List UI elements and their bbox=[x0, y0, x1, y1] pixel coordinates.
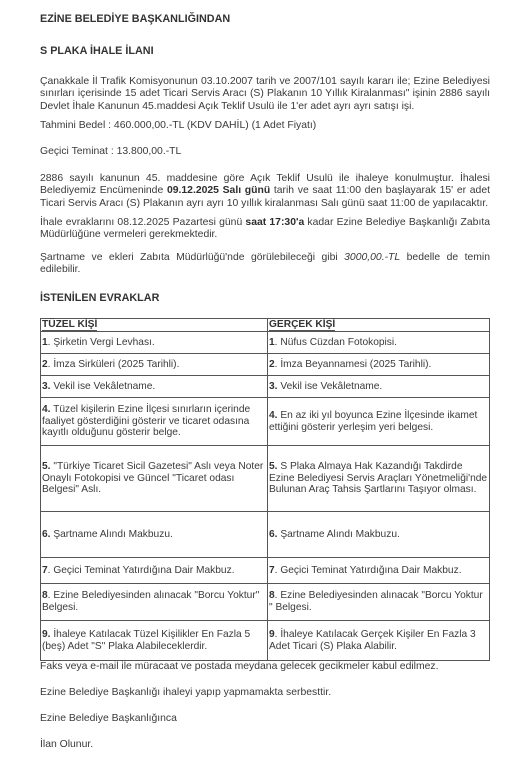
fax-note: Faks veya e-mail ile müracaat ve postada… bbox=[40, 661, 490, 673]
legal-entity-requirement: 3. Vekil ise Vekâletname. bbox=[41, 376, 268, 398]
estimated-cost: Tahmini Bedel : 460.000,00.-TL (KDV DAHİ… bbox=[40, 120, 490, 132]
item-text: . Geçici Teminat Yatırdığına Dair Makbuz… bbox=[48, 565, 235, 576]
item-text: Tüzel kişilerin Ezine İlçesi sınırların … bbox=[42, 404, 250, 438]
legal-entity-requirement: 6. Şartname Alındı Makbuzu. bbox=[41, 512, 268, 558]
signature: Ezine Belediye Başkanlığınca bbox=[40, 713, 490, 725]
item-text: . İmza Beyannamesi (2025 Tarihli). bbox=[275, 359, 432, 370]
documents-text-1: İhale evraklarını 08.12.2025 Pazartesi g… bbox=[40, 217, 245, 228]
item-text: . Şirketin Vergi Levhası. bbox=[48, 337, 155, 348]
natural-person-requirement: 9. İhaleye Katılacak Gerçek Kişiler En F… bbox=[268, 621, 490, 661]
table-header-row: TÜZEL KİŞİ GERÇEK KİŞİ bbox=[41, 319, 490, 332]
header-natural-person: GERÇEK KİŞİ bbox=[268, 319, 490, 332]
documents-deadline: saat 17:30'a bbox=[245, 217, 304, 228]
item-text: . Geçici Teminat Yatırdığına Dair Makbuz… bbox=[275, 565, 462, 576]
table-row: 3. Vekil ise Vekâletname.3. Vekil ise Ve… bbox=[41, 376, 490, 398]
right-reserved-note: Ezine Belediye Başkanlığı ihaleyi yapıp … bbox=[40, 687, 490, 699]
header-legal-entity-label: TÜZEL KİŞİ bbox=[42, 319, 97, 331]
table-row: 8. Ezine Belediyesinden alınacak "Borcu … bbox=[41, 584, 490, 621]
auction-date: 09.12.2025 Salı günü bbox=[167, 185, 270, 196]
item-text: . Nüfus Cüzdan Fotokopisi. bbox=[275, 337, 397, 348]
item-text: "Türkiye Ticaret Sicil Gazetesi" Aslı ve… bbox=[42, 461, 263, 495]
temporary-guarantee: Geçici Teminat : 13.800,00.-TL bbox=[40, 146, 490, 158]
item-text: Şartname Alındı Makbuzu. bbox=[51, 529, 173, 540]
documents-paragraph: İhale evraklarını 08.12.2025 Pazartesi g… bbox=[40, 217, 490, 242]
item-number: 6. bbox=[42, 529, 51, 540]
natural-person-requirement: 2. İmza Beyannamesi (2025 Tarihli). bbox=[268, 354, 490, 376]
notice-title: S PLAKA İHALE İLANI bbox=[40, 45, 154, 57]
header-natural-person-label: GERÇEK KİŞİ bbox=[269, 319, 335, 331]
table-row: 7. Geçici Teminat Yatırdığına Dair Makbu… bbox=[41, 558, 490, 584]
required-documents-table: TÜZEL KİŞİ GERÇEK KİŞİ 1. Şirketin Vergi… bbox=[40, 318, 490, 661]
natural-person-requirement: 4. En az iki yıl boyunca Ezine İlçesinde… bbox=[268, 398, 490, 446]
legal-entity-requirement: 2. İmza Sirküleri (2025 Tarihli). bbox=[41, 354, 268, 376]
natural-person-requirement: 5. S Plaka Almaya Hak Kazandığı Takdirde… bbox=[268, 446, 490, 512]
item-text: . İmza Sirküleri (2025 Tarihli). bbox=[48, 359, 180, 370]
item-text: . Ezine Belediyesinden alınacak "Borcu Y… bbox=[42, 590, 259, 613]
natural-person-requirement: 7. Geçici Teminat Yatırdığına Dair Makbu… bbox=[268, 558, 490, 584]
legal-entity-requirement: 1. Şirketin Vergi Levhası. bbox=[41, 332, 268, 354]
legal-entity-requirement: 5. "Türkiye Ticaret Sicil Gazetesi" Aslı… bbox=[41, 446, 268, 512]
legal-entity-requirement: 7. Geçici Teminat Yatırdığına Dair Makbu… bbox=[41, 558, 268, 584]
natural-person-requirement: 3. Vekil ise Vekâletname. bbox=[268, 376, 490, 398]
table-row: 5. "Türkiye Ticaret Sicil Gazetesi" Aslı… bbox=[41, 446, 490, 512]
item-text: Vekil ise Vekâletname. bbox=[278, 381, 383, 392]
item-number: 5. bbox=[42, 461, 51, 472]
natural-person-requirement: 1. Nüfus Cüzdan Fotokopisi. bbox=[268, 332, 490, 354]
item-number: 9. bbox=[42, 629, 51, 640]
item-text: En az iki yıl boyunca Ezine İlçesinde ik… bbox=[269, 410, 477, 433]
issuer-heading: EZİNE BELEDİYE BAŞKANLIĞINDAN bbox=[40, 13, 230, 25]
auction-paragraph: 2886 sayılı kanunun 45. maddesine göre A… bbox=[40, 173, 490, 210]
item-text: . İhaleye Katılacak Gerçek Kişiler En Fa… bbox=[269, 629, 476, 652]
item-number: 4. bbox=[42, 404, 51, 415]
item-text: Şartname Alındı Makbuzu. bbox=[278, 529, 400, 540]
item-text: . Ezine Belediyesinden alınacak "Borcu Y… bbox=[269, 590, 483, 613]
specs-text-1: Şartname ve ekleri Zabıta Müdürlüğü'nde … bbox=[40, 252, 344, 263]
specs-price: 3000,00.-TL bbox=[344, 252, 400, 263]
specs-paragraph: Şartname ve ekleri Zabıta Müdürlüğü'nde … bbox=[40, 252, 490, 277]
legal-entity-requirement: 4. Tüzel kişilerin Ezine İlçesi sınırlar… bbox=[41, 398, 268, 446]
item-number: 5. bbox=[269, 461, 278, 472]
intro-paragraph: Çanakkale İl Trafik Komisyonunun 03.10.2… bbox=[40, 76, 490, 113]
item-number: 4. bbox=[269, 410, 278, 421]
table-row: 2. İmza Sirküleri (2025 Tarihli).2. İmza… bbox=[41, 354, 490, 376]
legal-entity-requirement: 8. Ezine Belediyesinden alınacak "Borcu … bbox=[41, 584, 268, 621]
header-legal-entity: TÜZEL KİŞİ bbox=[41, 319, 268, 332]
item-number: 3. bbox=[42, 381, 51, 392]
natural-person-requirement: 6. Şartname Alındı Makbuzu. bbox=[268, 512, 490, 558]
natural-person-requirement: 8. Ezine Belediyesinden alınacak "Borcu … bbox=[268, 584, 490, 621]
table-row: 6. Şartname Alındı Makbuzu.6. Şartname A… bbox=[41, 512, 490, 558]
item-number: 3. bbox=[269, 381, 278, 392]
required-docs-heading: İSTENİLEN EVRAKLAR bbox=[40, 292, 159, 304]
item-text: Vekil ise Vekâletname. bbox=[51, 381, 156, 392]
closing-line: İlan Olunur. bbox=[40, 739, 490, 751]
table-row: 9. İhaleye Katılacak Tüzel Kişilikler En… bbox=[41, 621, 490, 661]
table-row: 4. Tüzel kişilerin Ezine İlçesi sınırlar… bbox=[41, 398, 490, 446]
item-text: S Plaka Almaya Hak Kazandığı Takdirde Ez… bbox=[269, 461, 487, 495]
item-text: İhaleye Katılacak Tüzel Kişilikler En Fa… bbox=[42, 629, 250, 652]
legal-entity-requirement: 9. İhaleye Katılacak Tüzel Kişilikler En… bbox=[41, 621, 268, 661]
table-row: 1. Şirketin Vergi Levhası.1. Nüfus Cüzda… bbox=[41, 332, 490, 354]
item-number: 6. bbox=[269, 529, 278, 540]
